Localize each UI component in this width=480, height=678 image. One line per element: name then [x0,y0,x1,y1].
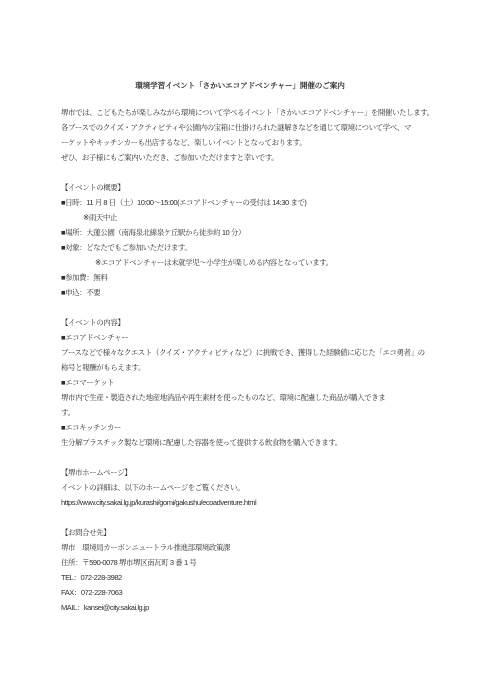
homepage-description: イベントの詳細は、以下のホームページをご覧ください。 [61,480,442,495]
homepage-url: https://www.city.sakai.lg.jp/kurashi/gom… [61,495,442,510]
contact-department-line: 堺市 環境局カーボンニュートラル推進部環境政策課 [61,540,442,555]
document-page: 環境学習イベント「さかいエコアドベンチャー」開催のご案内 堺市では、こどもたちが… [0,0,480,678]
content-eco-market-title: ■エコマーケット [61,375,442,390]
section-heading: 【イベントの内容】 [61,315,442,330]
section-event-overview: 【イベントの概要】 ■日時：11 月 8 日（土）10:00～15:00(エコア… [61,180,442,300]
section-city-homepage: 【堺市ホームページ】 イベントの詳細は、以下のホームページをご覧ください。 ht… [61,465,442,510]
content-line: す。 [61,405,442,420]
overview-datetime-line: ■日時：11 月 8 日（土）10:00～15:00(エコアドベンチャーの受付は… [61,195,442,210]
overview-fee-line: ■参加費：無料 [61,270,442,285]
overview-place-line: ■場所：大蓮公園（南海泉北線泉ケ丘駅から徒歩約 10 分） [61,225,442,240]
intro-line: ーケットやキッチンカーも出店するなど、楽しいイベントとなっております。 [61,135,442,150]
section-heading: 【お問合せ先】 [61,525,442,540]
contact-address-line: 住所：〒590-0078 堺市堺区南瓦町 3 番 1 号 [61,555,442,570]
overview-target-line: ■対象：どなたでもご参加いただけます。 [61,240,442,255]
contact-mail-line: MAIL：kansei@city.sakai.lg.jp [61,600,442,615]
section-heading: 【イベントの概要】 [61,180,442,195]
document-title: 環境学習イベント「さかいエコアドベンチャー」開催のご案内 [0,78,480,93]
section-contact: 【お問合せ先】 堺市 環境局カーボンニュートラル推進部環境政策課 住所：〒590… [61,525,442,615]
contact-fax-line: FAX：072-228-7063 [61,585,442,600]
content-eco-kitchencar-title: ■エコキッチンカー [61,420,442,435]
section-event-content: 【イベントの内容】 ■エコアドベンチャー ブースなどで様々なクエスト（クイズ・ア… [61,315,442,450]
intro-line: 堺市では、こどもたちが楽しみながら環境について学べるイベント「さかいエコアドベン… [61,105,442,120]
overview-application-line: ■申込：不要 [61,285,442,300]
overview-rain-cancel-note: ※雨天中止 [61,210,442,225]
content-line: 称号と報酬がもらえます。 [61,360,442,375]
intro-paragraph: 堺市では、こどもたちが楽しみながら環境について学べるイベント「さかいエコアドベン… [61,105,442,165]
content-line: 生分解プラスチック製など環境に配慮した容器を使って提供する飲食物を購入できます。 [61,435,442,450]
content-eco-adventure-title: ■エコアドベンチャー [61,330,442,345]
intro-line: ぜひ、お子様にもご案内いただき、ご参加いただけますと幸いです。 [61,150,442,165]
contact-tel-line: TEL：072-228-3982 [61,570,442,585]
section-heading: 【堺市ホームページ】 [61,465,442,480]
content-line: ブースなどで様々なクエスト（クイズ・アクティビティなど）に挑戦でき、獲得した経験… [61,345,442,360]
intro-line: 各ブースでのクイズ・アクティビティや公園内の宝箱に仕掛けられた謎解きなどを通じて… [61,120,442,135]
overview-target-note: ※エコアドベンチャーは未就学児～小学生が楽しめる内容となっています。 [61,255,442,270]
content-line: 堺市内で生産・製造された地産地消品や再生素材を使ったものなど、環境に配慮した商品… [61,390,442,405]
